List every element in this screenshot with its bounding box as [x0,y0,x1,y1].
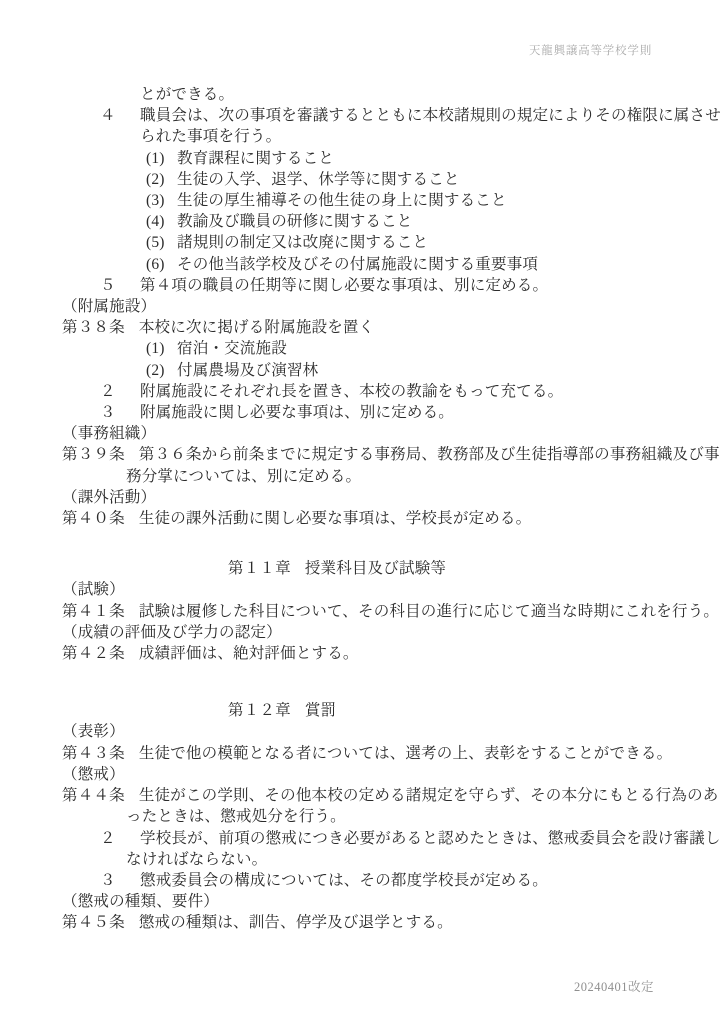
line-text: 付属農場及び演習林 [177,362,318,379]
line-number: 第４２条 [62,645,125,662]
line-text: ったときは、懲戒処分を行う。 [126,808,346,825]
line-number: ２ [100,828,140,849]
article-line: 第３９条第３６条から前条までに規定する事務局、教務部及び生徒指導部の事務組織及び… [0,444,724,465]
line-text: 試験は履修した科目について、その科目の進行に応じて適当な時期にこれを行う。 [139,603,719,620]
line-number: (5) [146,232,177,253]
vertical-gap [0,664,724,700]
line-text: （試験） [62,581,125,598]
list-item-line: (3)生徒の厚生補導その他生徒の身上に関すること [0,190,724,211]
list-item-line: (5)諸規則の制定又は改廃に関すること [0,232,724,253]
line-number: ３ [100,870,140,891]
chapter-heading: 第１２章賞罰 [0,700,724,721]
line-text: （懲戒） [62,766,125,783]
line-number: 第４４条 [62,787,125,804]
doc-text-line: とができる。 [0,84,724,105]
list-item-line: (1)宿泊・交流施設 [0,338,724,359]
document-body: とができる。４職員会は、次の事項を審議するとともに本校諸規則の規定によりその権限… [0,84,724,934]
line-number: ４ [100,105,140,126]
list-item-line: (2)生徒の入学、退学、休学等に関すること [0,169,724,190]
line-text: （成績の評価及び学力の認定） [62,624,282,641]
line-text: 授業科目及び試験等 [305,560,446,577]
line-text: 生徒で他の模範となる者については、選考の上、表彰をすることができる。 [139,745,673,762]
line-text: 務分掌については、別に定める。 [126,468,361,485]
document-page: 天龍興譲高等学校学則 とができる。４職員会は、次の事項を審議するとともに本校諸規… [0,0,724,1024]
line-text: （表彰） [62,723,125,740]
line-text: なければならない。 [126,851,267,868]
line-text: 生徒の課外活動に関し必要な事項は、学校長が定める。 [139,510,532,527]
line-text: とができる。 [140,86,234,103]
line-text: 附属施設に関し必要な事項は、別に定める。 [140,404,454,421]
section-label-line: （課外活動） [0,487,724,508]
line-text: 賞罰 [305,702,336,719]
line-number: 第４１条 [62,603,125,620]
article-line: 第３８条本校に次に掲げる附属施設を置く [0,317,724,338]
line-text: 生徒がこの学則、その他本校の定める諸規定を守らず、その本分にもとる行為のあ [139,787,719,804]
line-text: 懲戒の種類は、訓告、停学及び退学とする。 [139,914,453,931]
line-text: 職員会は、次の事項を審議するとともに本校諸規則の規定によりその権限に属させ [140,107,721,124]
line-number: 第４０条 [62,510,125,527]
doc-text-line: ったときは、懲戒処分を行う。 [0,806,724,827]
line-text: 成績評価は、絶対評価とする。 [139,645,359,662]
line-number: ２ [100,381,140,402]
doc-text-line: なければならない。 [0,849,724,870]
sub-paragraph-line: ３懲戒委員会の構成については、その都度学校長が定める。 [0,870,724,891]
article-line: 第４３条生徒で他の模範となる者については、選考の上、表彰をすることができる。 [0,743,724,764]
line-text: 懲戒委員会の構成については、その都度学校長が定める。 [140,872,548,889]
page-header-title: 天龍興譲高等学校学則 [529,42,652,58]
line-number: (1) [146,148,177,169]
sub-paragraph-line: ３附属施設に関し必要な事項は、別に定める。 [0,402,724,423]
vertical-gap [0,529,724,558]
line-text: （事務組織） [62,425,156,442]
section-label-line: （成績の評価及び学力の認定） [0,622,724,643]
section-label-line: （懲戒の種類、要件） [0,891,724,912]
line-text: 第３６条から前条までに規定する事務局、教務部及び生徒指導部の事務組織及び事 [139,446,720,463]
line-text: （懲戒の種類、要件） [62,893,219,910]
article-line: 第４５条懲戒の種類は、訓告、停学及び退学とする。 [0,912,724,933]
line-number: (2) [146,360,177,381]
line-text: 生徒の入学、退学、休学等に関すること [177,171,460,188]
sub-paragraph-line: ２附属施設にそれぞれ長を置き、本校の教諭をもって充てる。 [0,381,724,402]
article-line: 第４４条生徒がこの学則、その他本校の定める諸規定を守らず、その本分にもとる行為の… [0,785,724,806]
sub-paragraph-line: ４職員会は、次の事項を審議するとともに本校諸規則の規定によりその権限に属させ [0,105,724,126]
chapter-heading: 第１１章授業科目及び試験等 [0,558,724,579]
line-number: 第３８条 [62,319,125,336]
line-number: (3) [146,190,177,211]
line-number: (6) [146,254,177,275]
line-number: 第３９条 [62,446,125,463]
list-item-line: (6)その他当該学校及びその付属施設に関する重要事項 [0,254,724,275]
line-number: ３ [100,402,140,423]
line-text: 附属施設にそれぞれ長を置き、本校の教諭をもって充てる。 [140,383,563,400]
doc-text-line: られた事項を行う。 [0,126,724,147]
line-text: 教諭及び職員の研修に関すること [177,213,413,230]
section-label-line: （懲戒） [0,764,724,785]
line-text: （課外活動） [62,489,156,506]
line-text: （附属施設） [62,298,156,315]
line-text: 教育課程に関すること [177,150,334,167]
list-item-line: (1)教育課程に関すること [0,148,724,169]
line-number: ５ [100,275,140,296]
line-number: (1) [146,338,177,359]
section-label-line: （表彰） [0,721,724,742]
section-label-line: （附属施設） [0,296,724,317]
line-text: その他当該学校及びその付属施設に関する重要事項 [177,256,538,273]
line-text: 生徒の厚生補導その他生徒の身上に関すること [177,192,507,209]
sub-paragraph-line: ５第４項の職員の任期等に関し必要な事項は、別に定める。 [0,275,724,296]
line-text: 諸規則の制定又は改廃に関すること [177,234,428,251]
line-number: 第１１章 [228,560,291,577]
section-label-line: （事務組織） [0,423,724,444]
revision-date-label: 20240401改定 [574,977,654,995]
line-number: (2) [146,169,177,190]
article-line: 第４１条試験は履修した科目について、その科目の進行に応じて適当な時期にこれを行う… [0,601,724,622]
section-label-line: （試験） [0,579,724,600]
line-text: 宿泊・交流施設 [177,340,287,357]
article-line: 第４０条生徒の課外活動に関し必要な事項は、学校長が定める。 [0,508,724,529]
line-number: (4) [146,211,177,232]
line-number: 第４３条 [62,745,125,762]
article-line: 第４２条成績評価は、絶対評価とする。 [0,643,724,664]
line-number: 第１２章 [228,702,291,719]
doc-text-line: 務分掌については、別に定める。 [0,466,724,487]
line-text: 第４項の職員の任期等に関し必要な事項は、別に定める。 [140,277,548,294]
line-text: 本校に次に掲げる附属施設を置く [139,319,375,336]
list-item-line: (2)付属農場及び演習林 [0,360,724,381]
line-text: られた事項を行う。 [140,128,281,145]
sub-paragraph-line: ２学校長が、前項の懲戒につき必要があると認めたときは、懲戒委員会を設け審議し [0,828,724,849]
list-item-line: (4)教諭及び職員の研修に関すること [0,211,724,232]
line-text: 学校長が、前項の懲戒につき必要があると認めたときは、懲戒委員会を設け審議し [140,830,721,847]
line-number: 第４５条 [62,914,125,931]
